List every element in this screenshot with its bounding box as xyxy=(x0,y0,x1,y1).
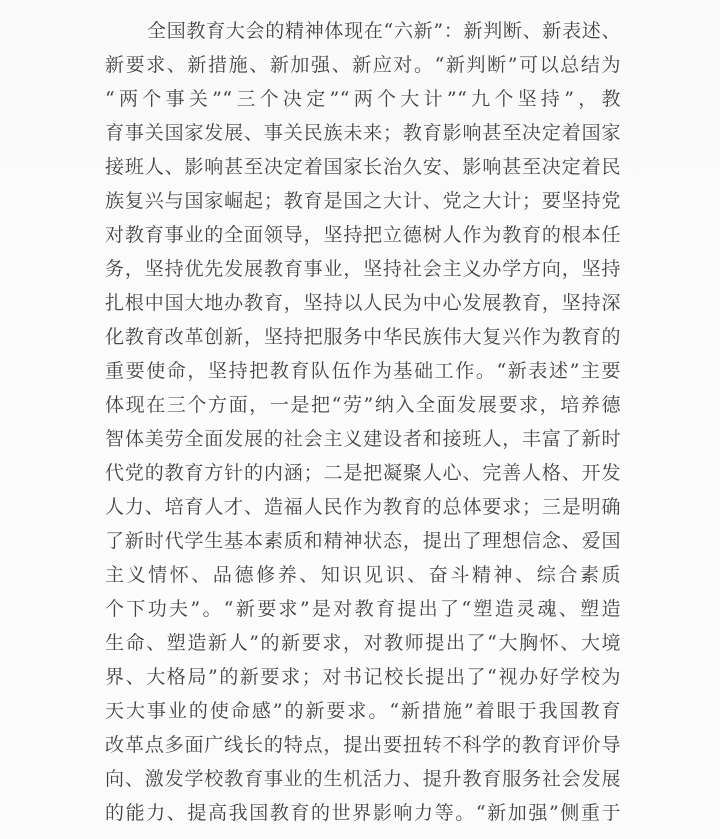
text-line: 智体美劳全面发展的社会主义建设者和接班人，丰富了新时 xyxy=(105,422,621,456)
text-line: 接班人、影响甚至决定着国家长治久安、影响甚至决定着民 xyxy=(105,150,621,184)
text-line: 育事关国家发展、事关民族未来；教育影响甚至决定着国家 xyxy=(105,116,621,150)
text-line: 人力、培育人才、造福人民作为教育的总体要求；三是明确 xyxy=(105,490,621,524)
text-line: 的能力、提高我国教育的世界影响力等。“新加强”侧重于 xyxy=(105,796,621,830)
text-line: 主义情怀、品德修养、知识见识、奋斗精神、综合素质等“六 xyxy=(105,558,621,592)
text-line: 天大事业的使命感”的新要求。“新措施”着眼于我国教育 xyxy=(105,694,621,728)
text-line: 代党的教育方针的内涵；二是把凝聚人心、完善人格、开发 xyxy=(105,456,621,490)
text-line: 全国教育大会的精神体现在“六新”：新判断、新表述、 xyxy=(105,14,621,48)
paragraph-body-text: 全国教育大会的精神体现在“六新”：新判断、新表述、 新要求、新措施、新加强、新应… xyxy=(105,14,621,830)
text-line: 个下功夫”。“新要求”是对教育提出了“塑造灵魂、塑造 xyxy=(105,592,621,626)
text-line: 化教育改革创新，坚持把服务中华民族伟大复兴作为教育的 xyxy=(105,320,621,354)
text-line: 改革点多面广线长的特点，提出要扭转不科学的教育评价导 xyxy=(105,728,621,762)
text-line: 界、大格局”的新要求；对书记校长提出了“视办好学校为 xyxy=(105,660,621,694)
text-line: “两个事关”“三个决定”“两个大计”“九个坚持”，教 xyxy=(105,82,621,116)
text-line: 族复兴与国家崛起；教育是国之大计、党之大计；要坚持党 xyxy=(105,184,621,218)
text-line: 生命、塑造新人”的新要求，对教师提出了“大胸怀、大境 xyxy=(105,626,621,660)
text-line: 向、激发学校教育事业的生机活力、提升教育服务社会发展 xyxy=(105,762,621,796)
text-line: 了新时代学生基本素质和精神状态，提出了理想信念、爱国 xyxy=(105,524,621,558)
text-line: 对教育事业的全面领导，坚持把立德树人作为教育的根本任 xyxy=(105,218,621,252)
text-line: 新要求、新措施、新加强、新应对。“新判断”可以总结为 xyxy=(105,48,621,82)
text-line: 务，坚持优先发展教育事业，坚持社会主义办学方向，坚持 xyxy=(105,252,621,286)
text-line: 体现在三个方面，一是把“劳”纳入全面发展要求，培养德 xyxy=(105,388,621,422)
text-line: 扎根中国大地办教育，坚持以人民为中心发展教育，坚持深 xyxy=(105,286,621,320)
document-page: 全国教育大会的精神体现在“六新”：新判断、新表述、 新要求、新措施、新加强、新应… xyxy=(0,0,720,839)
text-line: 重要使命，坚持把教育队伍作为基础工作。“新表述”主要 xyxy=(105,354,621,388)
